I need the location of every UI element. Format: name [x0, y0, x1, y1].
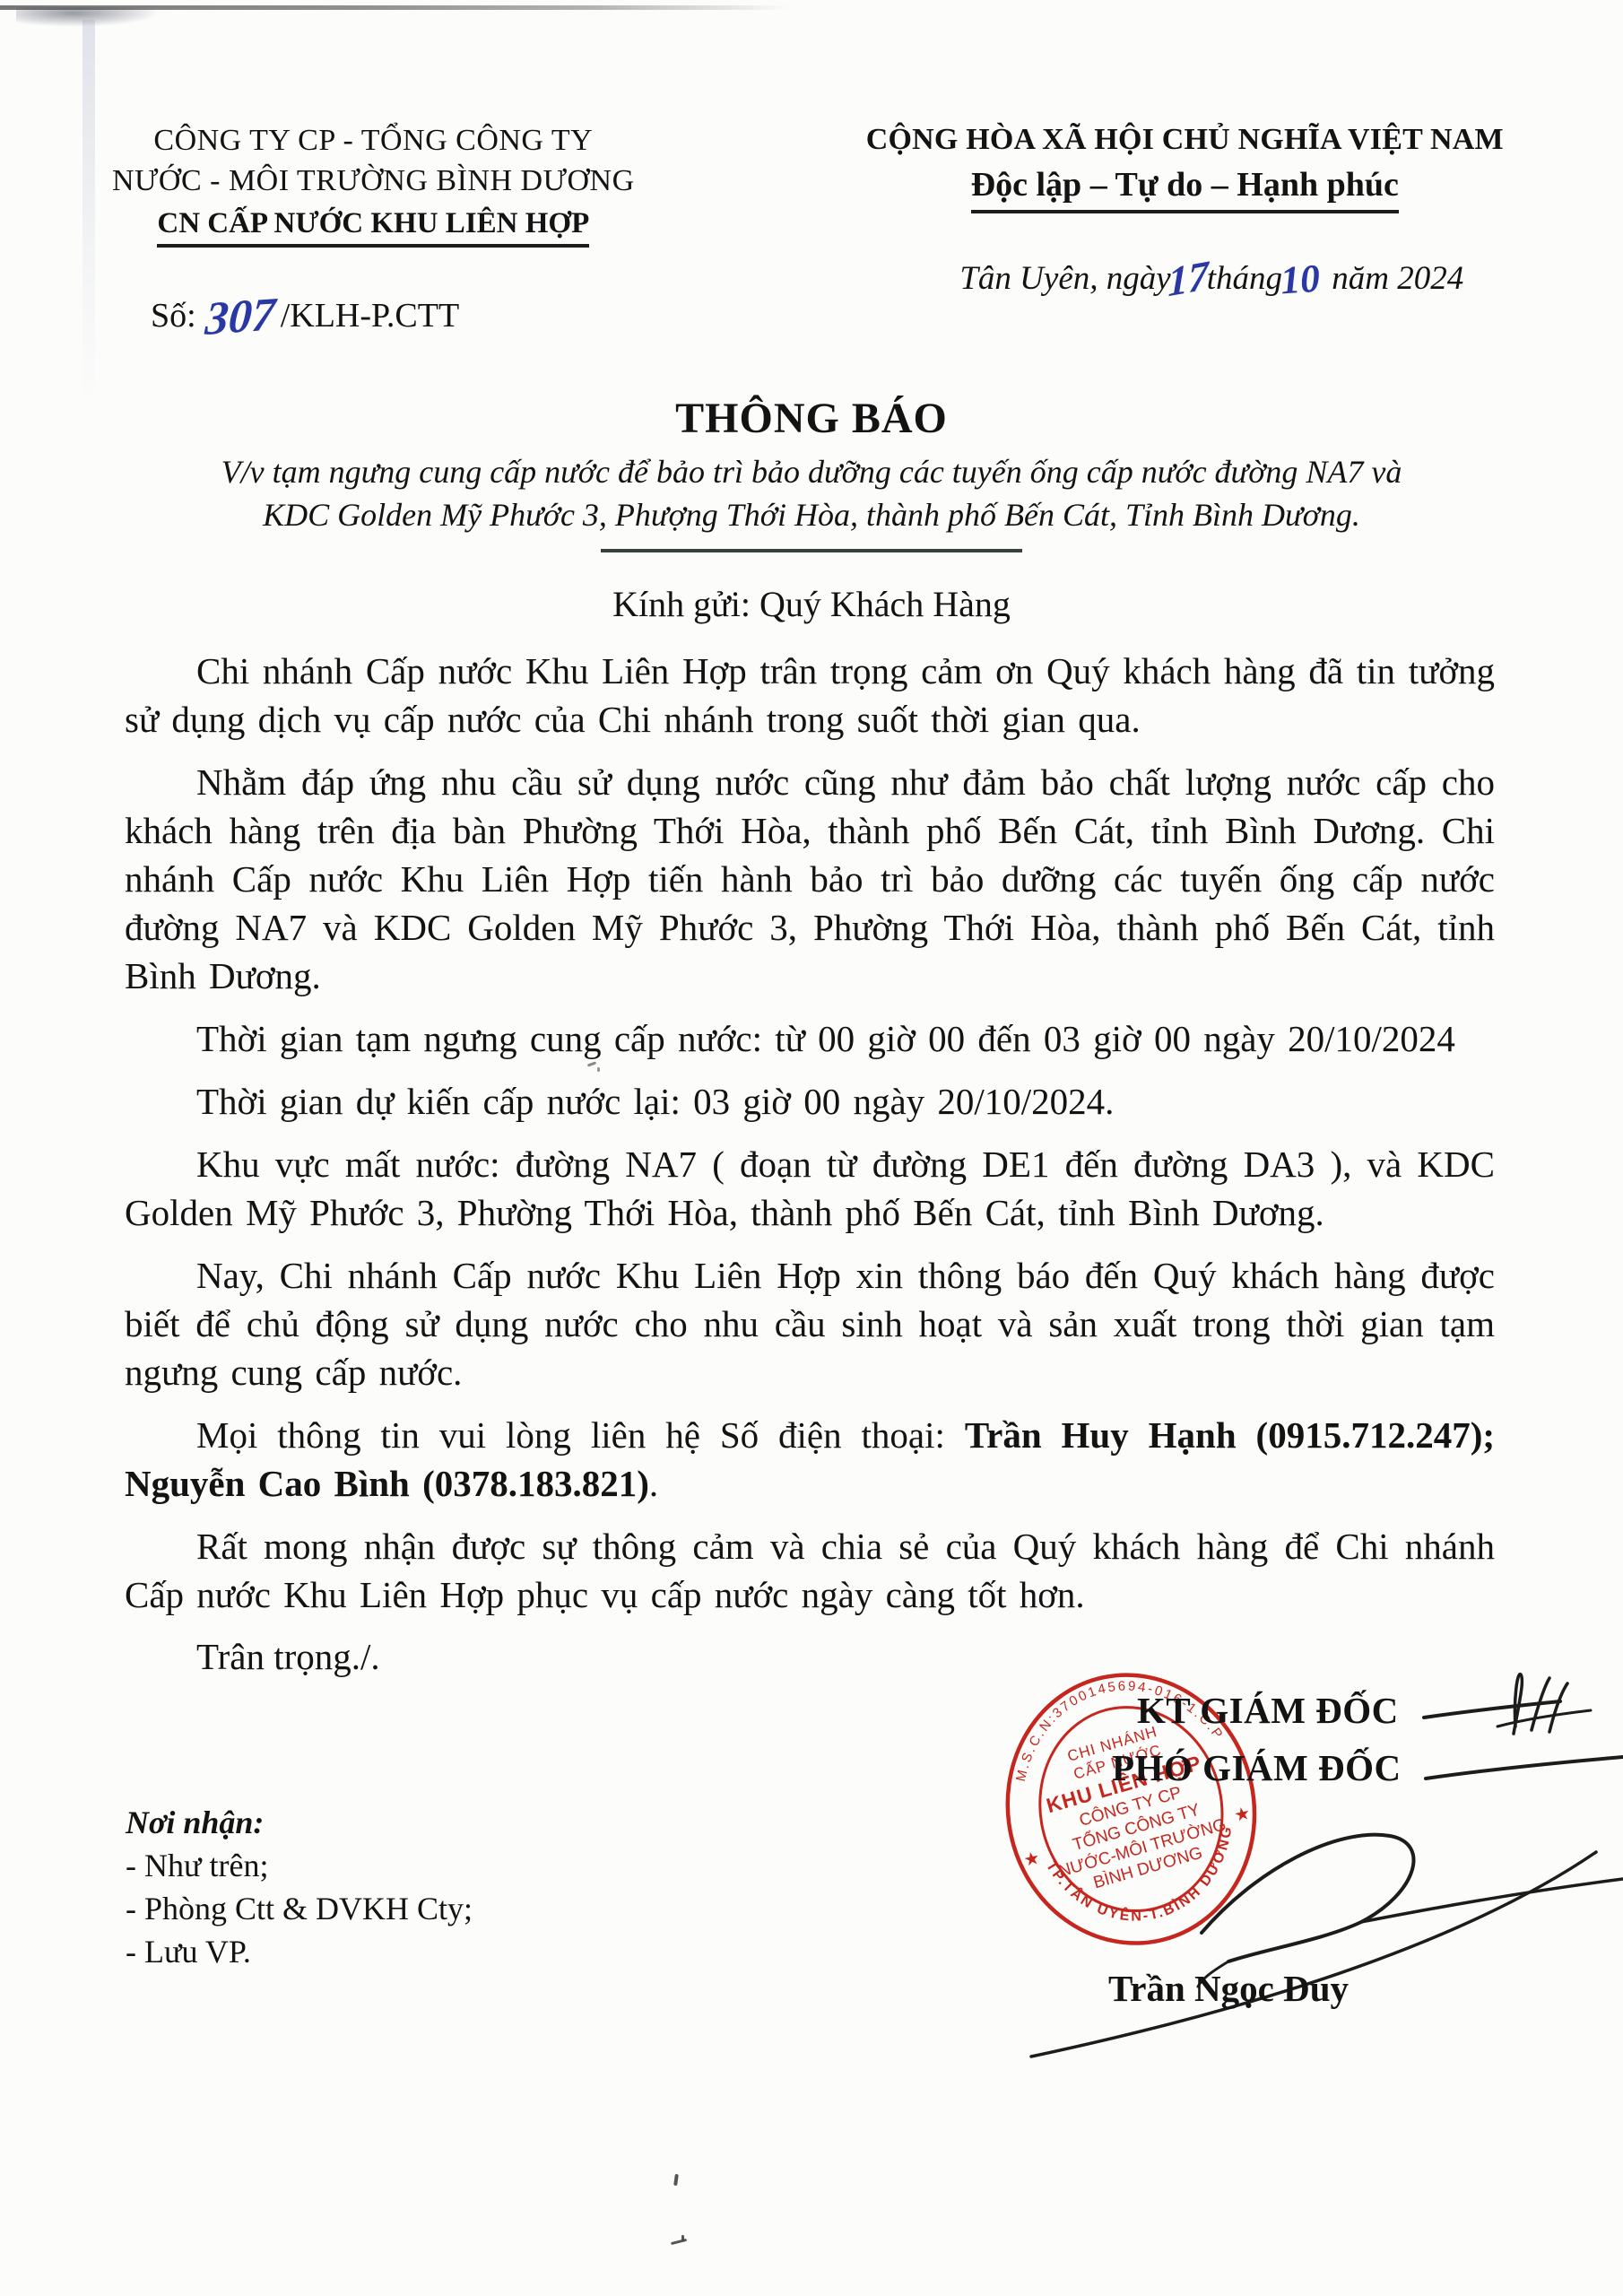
handwritten-month: 10: [1279, 256, 1321, 304]
signer-name: Trần Ngọc Duy: [1108, 1967, 1349, 2010]
date-mid: tháng: [1207, 260, 1282, 297]
issuer-line-2: NƯỚC - MÔI TRƯỜNG BÌNH DƯƠNG: [0, 161, 747, 201]
issue-date-line: Tân Uyên, ngày17tháng10 năm 2024: [747, 255, 1623, 302]
issuer-branch-name: CN CẤP NƯỚC KHU LIÊN HỢP: [0, 203, 747, 244]
paragraph-apology: Rất mong nhận được sự thông cảm và chia …: [125, 1522, 1495, 1619]
handwritten-day: 17: [1167, 251, 1208, 307]
paragraph-outage-time: Thời gian tạm ngưng cung cấp nước: từ 00…: [125, 1014, 1495, 1063]
recipient-item: - Như trên;: [126, 1844, 473, 1887]
page-title: THÔNG BÁO: [0, 394, 1623, 443]
subject-block: V/v tạm ngưng cung cấp nước để bảo trì b…: [0, 450, 1623, 536]
paragraph-contact: Mọi thông tin vui lòng liên hệ Số điện t…: [125, 1411, 1495, 1508]
date-prefix: Tân Uyên, ngày: [959, 260, 1170, 297]
signature-block: M.S.C.N:3700145694-016-1.C.P TP.TÂN UYÊN…: [933, 1664, 1623, 2112]
recipient-item: - Lưu VP.: [126, 1930, 473, 1973]
subject-line-2: KDC Golden Mỹ Phước 3, Phượng Thới Hòa, …: [0, 493, 1623, 536]
subject-line-1: V/v tạm ngưng cung cấp nước để bảo trì b…: [0, 450, 1623, 493]
contact-suffix: .: [649, 1463, 658, 1504]
handwritten-signature: [933, 1664, 1623, 2112]
recipient-item: - Phòng Ctt & DVKH Cty;: [126, 1887, 473, 1930]
document-number-suffix: /KLH-P.CTT: [281, 297, 460, 335]
document-number-line: Số:307/KLH-P.CTT: [0, 291, 747, 344]
scan-smudge: [673, 2174, 679, 2186]
document-body: Chi nhánh Cấp nước Khu Liên Hợp trân trọ…: [0, 647, 1623, 1678]
paragraph-thanks: Chi nhánh Cấp nước Khu Liên Hợp trân trọ…: [125, 647, 1495, 744]
paragraph-restore-time: Thời gian dự kiến cấp nước lại: 03 giờ 0…: [125, 1077, 1495, 1126]
document-header: CÔNG TY CP - TỔNG CÔNG TY NƯỚC - MÔI TRƯ…: [0, 0, 1623, 344]
paper-fold-mark: [82, 20, 95, 405]
recipients-label: Nơi nhận:: [126, 1801, 473, 1844]
paragraph-reason: Nhằm đáp ứng nhu cầu sử dụng nước cũng n…: [125, 758, 1495, 1000]
issuer-block: CÔNG TY CP - TỔNG CÔNG TY NƯỚC - MÔI TRƯ…: [0, 120, 747, 344]
national-motto: Độc lập – Tự do – Hạnh phúc: [747, 165, 1623, 204]
date-suffix: năm 2024: [1332, 260, 1463, 297]
scan-smudge: [681, 2235, 684, 2240]
handwritten-document-number: 307: [204, 288, 277, 346]
document-page: CÔNG TY CP - TỔNG CÔNG TY NƯỚC - MÔI TRƯ…: [0, 0, 1623, 2296]
scan-smudge: [597, 1067, 600, 1072]
title-divider: [601, 549, 1022, 552]
contact-prefix: Mọi thông tin vui lòng liên hệ Số điện t…: [196, 1414, 965, 1456]
scan-smudge: [671, 2239, 687, 2245]
national-title: CỘNG HÒA XÃ HỘI CHỦ NGHĨA VIỆT NAM: [747, 120, 1623, 160]
recipients-block: Nơi nhận: - Như trên; - Phòng Ctt & DVKH…: [126, 1801, 473, 1973]
national-motto-block: CỘNG HÒA XÃ HỘI CHỦ NGHĨA VIỆT NAM Độc l…: [747, 120, 1623, 344]
issuer-line-1: CÔNG TY CP - TỔNG CÔNG TY: [0, 120, 747, 161]
document-number-label: Số:: [151, 297, 196, 335]
salutation: Kính gửi: Quý Khách Hàng: [0, 583, 1623, 625]
paragraph-affected-area: Khu vực mất nước: đường NA7 ( đoạn từ đư…: [125, 1140, 1495, 1237]
paragraph-notice: Nay, Chi nhánh Cấp nước Khu Liên Hợp xin…: [125, 1251, 1495, 1396]
